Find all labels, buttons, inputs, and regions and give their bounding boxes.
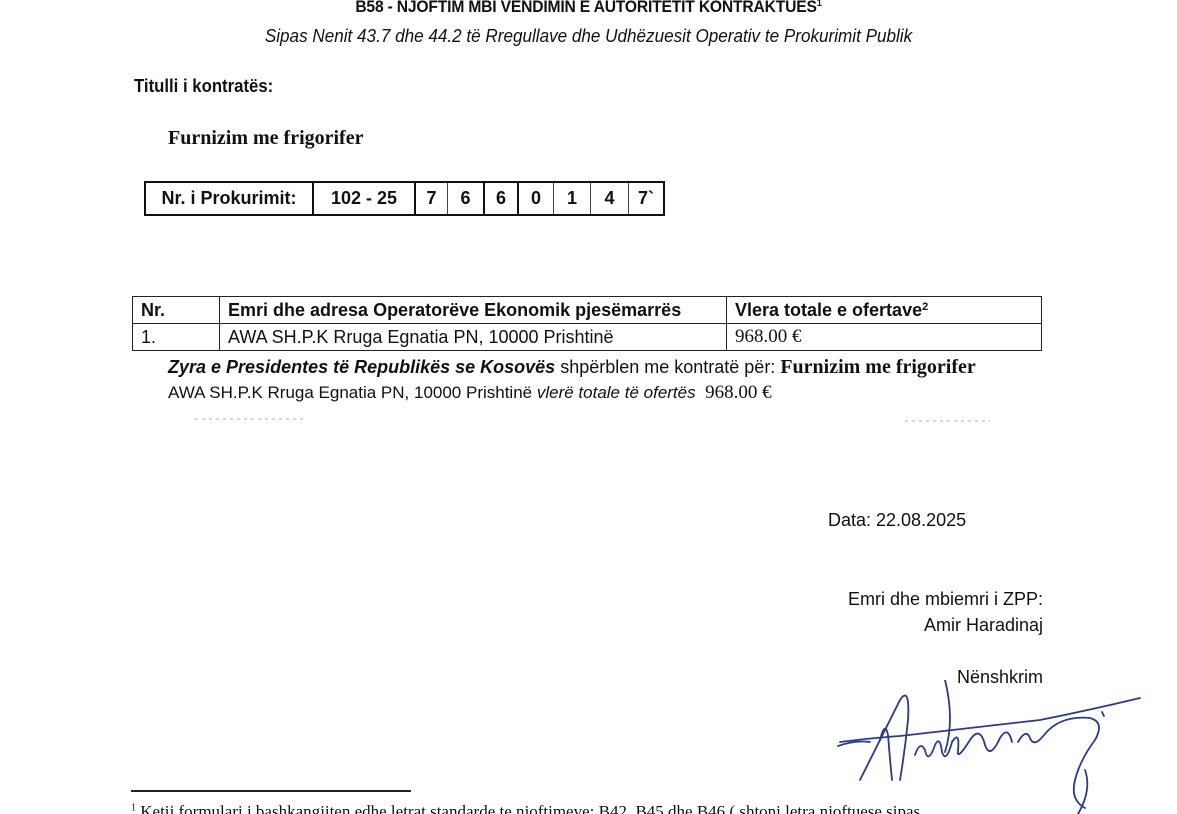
procurement-digit: 6 — [448, 183, 485, 214]
table-header-row: Nr. Emri dhe adresa Operatorëve Ekonomik… — [133, 297, 1042, 324]
offers-table: Nr. Emri dhe adresa Operatorëve Ekonomik… — [132, 296, 1042, 351]
zpp-name: Amir Haradinaj — [924, 615, 1043, 636]
procurement-digit: 4 — [591, 183, 629, 214]
winner-name: AWA SH.P.K Rruga Egnatia PN, 10000 Prish… — [168, 383, 537, 402]
procurement-number-label: Nr. i Prokurimit: — [146, 183, 314, 214]
cell-nr: 1. — [133, 324, 220, 351]
cell-operator: AWA SH.P.K Rruga Egnatia PN, 10000 Prish… — [220, 324, 727, 351]
footnote-divider — [131, 790, 411, 792]
cell-value: 968.00 € — [727, 324, 1042, 351]
document-title: B58 - NJOFTIM MBI VENDIMIN E AUTORITETIT… — [47, 0, 1130, 17]
document-subtitle: Sipas Nenit 43.7 dhe 44.2 të Rregullave … — [29, 26, 1147, 47]
procurement-digit: 0 — [519, 183, 554, 214]
procurement-number-prefix: 102 - 25 — [314, 183, 416, 214]
awarded-contract-name: Furnizim me frigorifer — [780, 356, 975, 378]
column-header-value: Vlera totale e ofertave2 — [727, 297, 1042, 324]
table-row: 1. AWA SH.P.K Rruga Egnatia PN, 10000 Pr… — [133, 324, 1042, 351]
contract-title-value: Furnizim me frigorifer — [168, 127, 363, 150]
scan-noise — [195, 418, 305, 420]
footnote-text: 1 Ketij formulari i bashkangjiten edhe l… — [131, 802, 920, 814]
procurement-digit: 6 — [485, 183, 519, 214]
procurement-digit: 7 — [416, 183, 448, 214]
award-value: 968.00 € — [705, 382, 772, 403]
contracting-authority: Zyra e Presidentes të Republikës se Koso… — [168, 357, 555, 377]
zpp-label: Emri dhe mbiemri i ZPP: — [848, 589, 1043, 610]
column-header-operator: Emri dhe adresa Operatorëve Ekonomik pje… — [220, 297, 727, 324]
signature-scribble-icon — [830, 680, 1150, 814]
award-statement: Zyra e Presidentes të Republikës se Koso… — [168, 356, 976, 379]
scan-noise — [905, 420, 990, 422]
column-header-nr: Nr. — [133, 297, 220, 324]
contract-title-label: Titulli i kontratës: — [134, 76, 273, 97]
decision-date: Data: 22.08.2025 — [828, 510, 966, 531]
title-footnote-ref: 1 — [817, 0, 822, 9]
procurement-digit: 1 — [554, 183, 591, 214]
award-winner-line: AWA SH.P.K Rruga Egnatia PN, 10000 Prish… — [168, 382, 772, 404]
procurement-number-box: Nr. i Prokurimit: 102 - 25 7 6 6 0 1 4 7… — [144, 181, 665, 216]
procurement-digit: 7` — [629, 183, 663, 214]
